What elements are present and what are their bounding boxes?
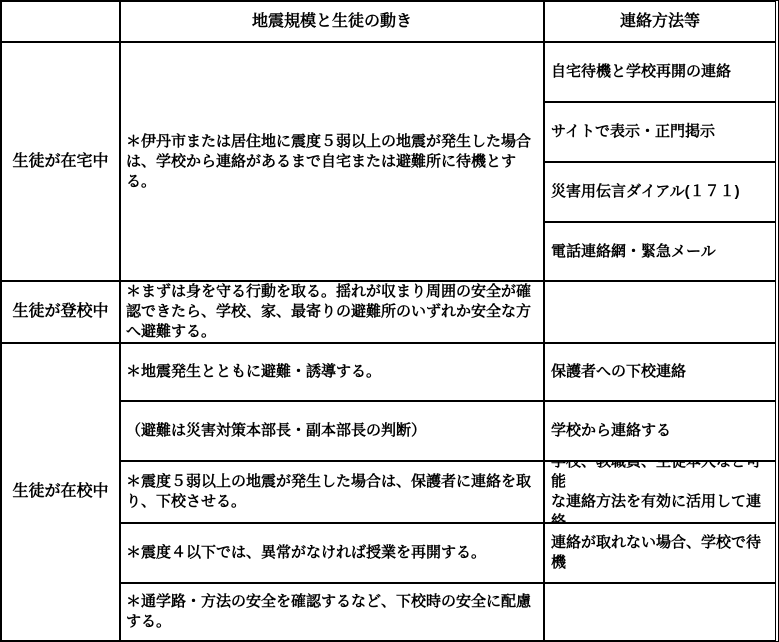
row-label-students-at-school: 生徒が在校中 [1, 343, 120, 641]
movement-at-home: ＊伊丹市または居住地に震度５弱以上の地震が発生した場合 は、学校から連絡があるま… [120, 42, 544, 281]
movement-commuting: ＊まずは身を守る行動を取る。揺れが収まり周囲の安全が確 認できたら、学校、家、最… [120, 281, 544, 343]
contact-phone-tree-email: 電話連絡網・緊急メール [544, 222, 776, 281]
contact-guardian-dismissal-notice: 保護者への下校連絡 [544, 343, 776, 401]
header-contact-column: 連絡方法等 [544, 1, 776, 42]
contact-wait-at-school: 連絡が取れない場合、学校で待機 [544, 523, 776, 583]
movement-intensity5-dismissal: ＊震度５弱以上の地震が発生した場合は、保護者に連絡を取 り、下校させる。 [120, 461, 544, 523]
contact-disaster-dial: 災害用伝言ダイアル(１７１) [544, 162, 776, 222]
row-label-students-at-home: 生徒が在宅中 [1, 42, 120, 281]
header-movement-column: 地震規模と生徒の動き [120, 1, 544, 42]
contact-from-school: 学校から連絡する [544, 401, 776, 461]
movement-route-safety-check: ＊通学路・方法の安全を確認するなど、下校時の安全に配慮 する。 [120, 583, 544, 641]
movement-evacuate-guide: ＊地震発生とともに避難・誘導する。 [120, 343, 544, 401]
header-corner-cell [1, 1, 120, 42]
row-label-students-commuting: 生徒が登校中 [1, 281, 120, 343]
earthquake-response-table: 地震規模と生徒の動き 連絡方法等 生徒が在宅中 ＊伊丹市または居住地に震度５弱以… [0, 0, 779, 642]
contact-site-gate-notice: サイトで表示・正門掲示 [544, 102, 776, 162]
contact-at-school-empty-cell [544, 583, 776, 641]
contact-home-wait-notice: 自宅待機と学校再開の連絡 [544, 42, 776, 102]
contact-commuting-empty-cell [544, 281, 776, 343]
movement-evacuation-decision: （避難は災害対策本部長・副本部長の判断） [120, 401, 544, 461]
movement-intensity4-resume: ＊震度４以下では、異常がなければ授業を再開する。 [120, 523, 544, 583]
contact-all-available-methods: 学校、教職員、生徒本人など可能 な連絡方法を有効に活用して連絡 [544, 461, 776, 523]
